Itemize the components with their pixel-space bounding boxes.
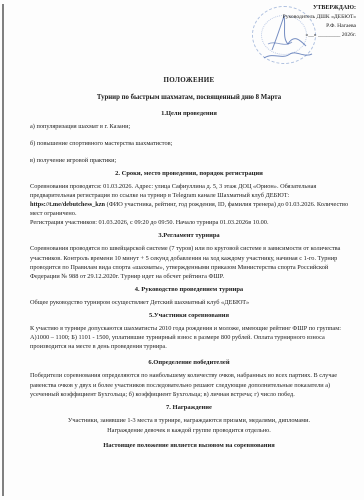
awards-line: Участники, занявшие 1-3 места в турнире,… xyxy=(22,416,356,425)
schedule-paragraph: Соревнования проводятся: 01.03.2026. Адр… xyxy=(30,182,356,218)
section-heading-winners: 6.Определение победителей xyxy=(22,358,356,367)
management-paragraph: Общее руководство турниром осуществляет … xyxy=(30,298,356,307)
section-heading-participants: 5.Участники соревнования xyxy=(22,311,356,320)
approval-position: Руководитель ДШК «ДЕБЮТ» xyxy=(226,13,356,22)
scan-edge-shadow xyxy=(2,4,4,496)
rules-paragraph: Соревнования проводятся по швейцарской с… xyxy=(30,244,356,280)
document-title: ПОЛОЖЕНИЕ xyxy=(22,76,356,85)
telegram-link[interactable]: https://t.me/debutchess_kzn xyxy=(30,201,105,208)
closing-statement: Настоящее положение является вызовом на … xyxy=(22,441,356,450)
schedule-text: Соревнования проводятся: 01.03.2026. Адр… xyxy=(30,183,316,199)
approval-heading: УТВЕРЖДАЮ: xyxy=(226,4,356,13)
approval-date: «__» ________ 2026г. xyxy=(226,31,356,40)
document-body: ПОЛОЖЕНИЕ Турнир по быстрым шахматам, по… xyxy=(22,76,356,450)
approval-block: УТВЕРЖДАЮ: Руководитель ДШК «ДЕБЮТ» Р.Ф.… xyxy=(226,4,356,64)
participants-paragraph: К участию в турнире допускаются шахматис… xyxy=(30,324,356,351)
scanned-document-page: УТВЕРЖДАЮ: Руководитель ДШК «ДЕБЮТ» Р.Ф.… xyxy=(0,0,364,500)
section-heading-rules: 3.Регламент турнира xyxy=(22,231,356,240)
section-heading-goals: 1.Цели проведения xyxy=(22,109,356,118)
awards-line: Награждение девочек в каждой группе пров… xyxy=(22,426,356,435)
registration-time: Регистрация участников: 01.03.2026, с 09… xyxy=(30,218,356,227)
goal-item: а) популяризация шахмат в г. Казани; xyxy=(30,122,356,131)
approval-signatory: Р.Ф. Нагаева xyxy=(226,22,356,31)
section-heading-management: 4. Руководство проведением турнира xyxy=(22,285,356,294)
goal-item: в) получение игровой практики; xyxy=(30,156,356,165)
document-subtitle: Турнир по быстрым шахматам, посвященный … xyxy=(22,93,356,102)
goal-item: б) повышение спортивного мастерства шахм… xyxy=(30,139,356,148)
section-heading-awards: 7. Награждение xyxy=(22,403,356,412)
section-heading-schedule: 2. Сроки, место проведения, порядок реги… xyxy=(22,169,356,178)
winners-paragraph: Победители соревнования определяются по … xyxy=(30,371,356,398)
